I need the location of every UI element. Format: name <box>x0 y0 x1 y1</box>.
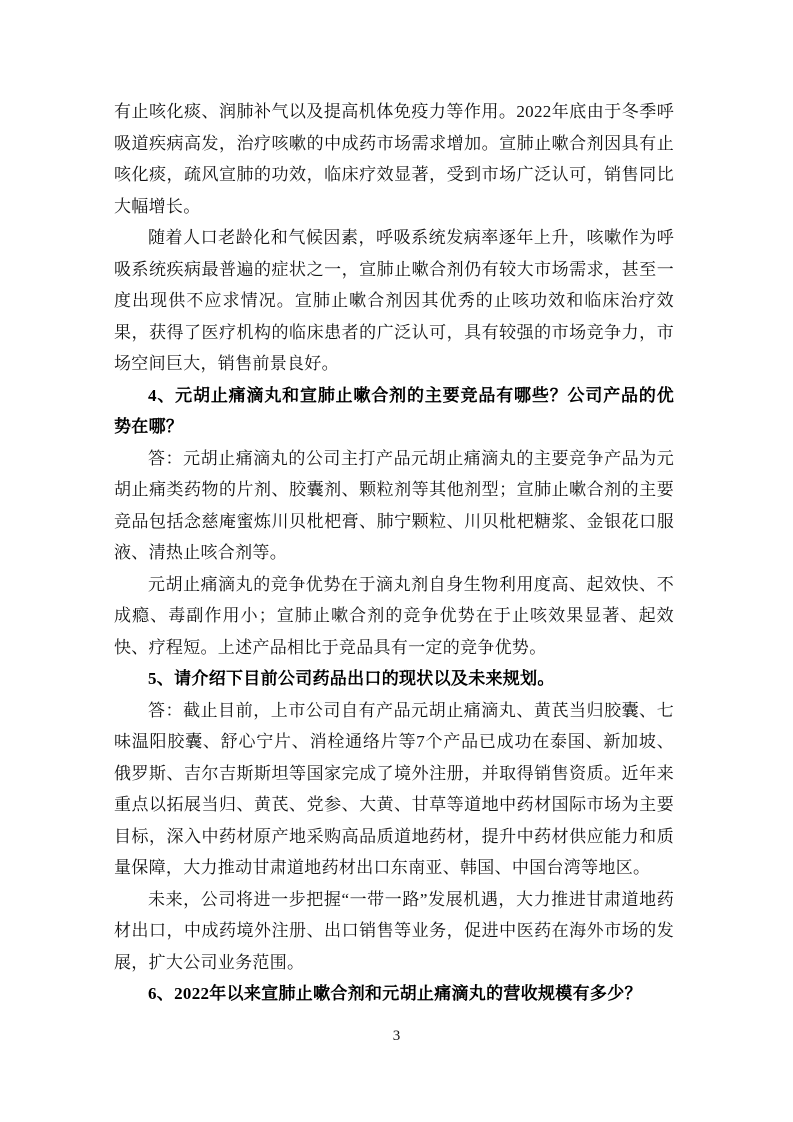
question-6-heading: 6、2022年以来宣肺止嗽合剂和元胡止痛滴丸的营收规模有多少？ <box>114 978 674 1010</box>
paragraph-market-demand: 随着人口老龄化和气候因素，呼吸系统发病率逐年上升，咳嗽作为呼吸系统疾病最普遍的症… <box>114 222 674 380</box>
document-body: 有止咳化痰、润肺补气以及提高机体免疫力等作用。2022年底由于冬季呼吸道疾病高发… <box>114 96 674 1010</box>
answer-5-paragraph-1: 答：截止目前，上市公司自有产品元胡止痛滴丸、黄芪当归胶囊、七味温阳胶囊、舒心宁片… <box>114 695 674 884</box>
page-number: 3 <box>0 1026 793 1046</box>
paragraph-continuation: 有止咳化痰、润肺补气以及提高机体免疫力等作用。2022年底由于冬季呼吸道疾病高发… <box>114 96 674 222</box>
answer-5-paragraph-2: 未来，公司将进一步把握“一带一路”发展机遇，大力推进甘肃道地药材出口，中成药境外… <box>114 884 674 979</box>
answer-4-paragraph-1: 答：元胡止痛滴丸的公司主打产品元胡止痛滴丸的主要竞争产品为元胡止痛类药物的片剂、… <box>114 443 674 569</box>
document-page: 有止咳化痰、润肺补气以及提高机体免疫力等作用。2022年底由于冬季呼吸道疾病高发… <box>0 0 793 1122</box>
answer-4-paragraph-2: 元胡止痛滴丸的竞争优势在于滴丸剂自身生物利用度高、起效快、不成瘾、毒副作用小；宣… <box>114 569 674 664</box>
question-4-heading: 4、元胡止痛滴丸和宣肺止嗽合剂的主要竞品有哪些？公司产品的优势在哪？ <box>114 380 674 443</box>
question-5-heading: 5、请介绍下目前公司药品出口的现状以及未来规划。 <box>114 663 674 695</box>
